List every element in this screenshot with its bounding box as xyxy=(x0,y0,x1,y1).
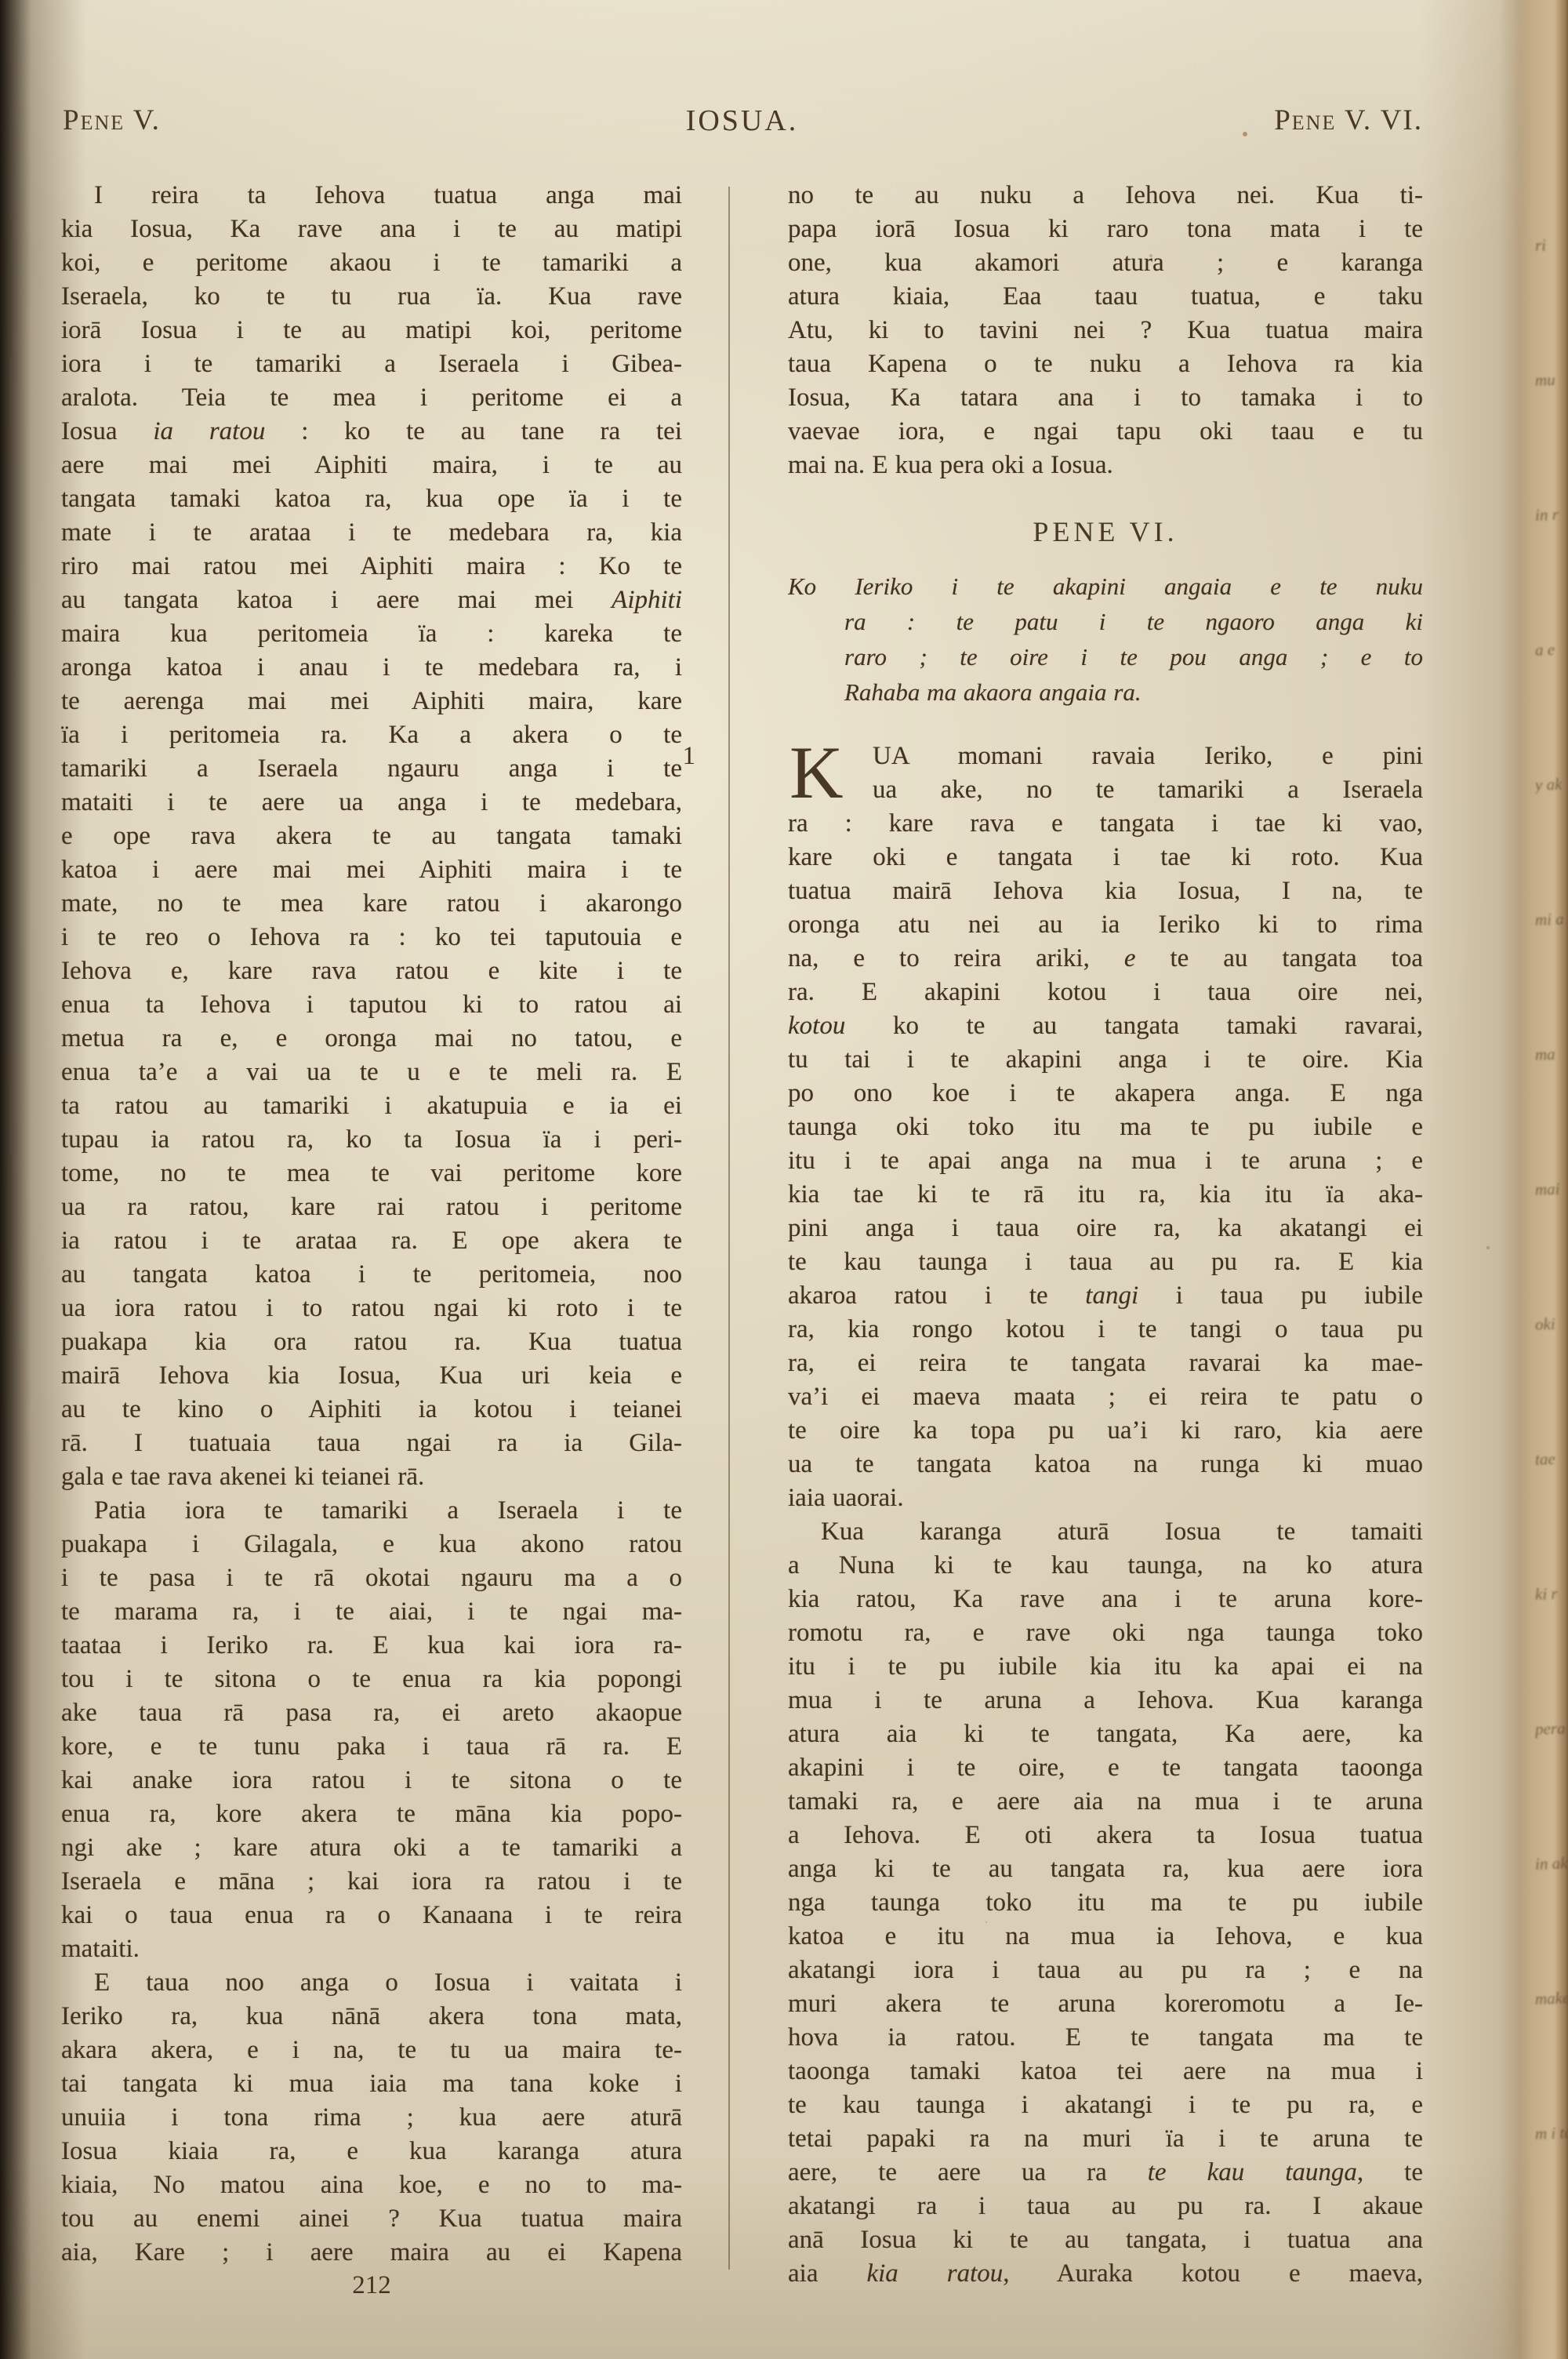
verse-text: maira kua peritomeia ïa : kareka te xyxy=(61,617,682,651)
verse-text: kiaia, No matou aina koe, e no to ma- xyxy=(61,2168,682,2202)
verse-text: Rahaba ma akaora angaia ra. xyxy=(788,674,1423,710)
verse-text: mataiti i te aere ua anga i te medebara, xyxy=(61,786,682,820)
verse-text: va’i ei maeva maata ; ei reira te patu o xyxy=(788,1380,1423,1414)
text-line: iorā Iosua i te au matipi koi, peritome xyxy=(61,314,682,347)
verse-text: papa iorā Iosua ki raro tona mata i te xyxy=(788,213,1423,246)
text-line: tetai papaki ra na muri ïa i te aruna te xyxy=(788,2122,1423,2156)
text-line: 12kore, e te tunu paka i taua rā ra. E xyxy=(61,1730,682,1764)
text-line: anā Iosua ki te au tangata, i tuatua ana xyxy=(788,2223,1423,2257)
text-line: 5riro mai ratou mei Aiphiti maira : Ko t… xyxy=(61,550,682,583)
verse-text: te kau taunga i taua au pu ra. E kia xyxy=(788,1245,1423,1279)
text-line: Iseraela e māna ; kai iora ra ratou i te xyxy=(61,1865,682,1899)
verse-text: nga taunga toko itu ma te pu iubile xyxy=(788,1886,1423,1920)
chapter-summary: Ko Ieriko i te akapini angaia e te nukur… xyxy=(788,569,1423,710)
text-line: ra : kare rava e tangata i tae ki vao, xyxy=(788,807,1423,841)
text-line: te marama ra, i te aiai, i te ngai ma- xyxy=(61,1595,682,1629)
verse-text: aronga katoa i anau i te medebara ra, i xyxy=(61,651,682,685)
text-line: UA momani ravaia Ieriko, e pini xyxy=(873,740,1423,773)
verse-text: anā Iosua ki te au tangata, i tuatua ana xyxy=(788,2223,1423,2257)
verse-text: ta ratou au tamariki i akatupuia e ia ei xyxy=(61,1089,682,1123)
text-line: 9puakapa kia ora ratou ra. Kua tuatua xyxy=(61,1325,682,1359)
text-line: kai o taua enua ra o Kanaana i te reira xyxy=(61,1899,682,1932)
text-line: oronga atu nei au ia Ieriko ki to rima xyxy=(788,908,1423,942)
verse-text: romotu ra, e rave oki nga taunga toko xyxy=(788,1616,1423,1650)
text-line: aia kia ratou, Auraka kotou e maeva, xyxy=(788,2257,1423,2291)
text-line: aia, Kare ; i aere maira au ei Kapena xyxy=(61,2236,682,2270)
verse-text: tai tangata ki mua iaia ma tana koke i xyxy=(61,2067,682,2101)
verse-text: Ieriko ra, kua nānā akera tona mata, xyxy=(61,2000,682,2034)
text-line: 7mua i te aruna a Iehova. Kua karanga xyxy=(788,1684,1423,1717)
verse-text: vaevae iora, e ngai tapu oki taau e tu xyxy=(788,415,1423,449)
text-line: raro ; te oire i te pou anga ; e to xyxy=(788,639,1423,674)
verse-text: taua Kapena o te nuku a Iehova ra kia xyxy=(788,347,1423,381)
verse-text: one, kua akamori atura ; e karanga xyxy=(788,246,1423,280)
verse-text: aia kia ratou, Auraka kotou e maeva, xyxy=(788,2257,1423,2291)
verse-text: e ope rava akera te au tangata tamaki xyxy=(61,820,682,853)
verse-text: metua ra e, e oronga mai no tatou, e xyxy=(61,1022,682,1056)
verse-1-dropcap-block: 1 K UA momani ravaia Ieriko, e piniua ak… xyxy=(788,740,1423,807)
text-line: 2I reira ta Iehova tuatua anga mai xyxy=(61,179,682,213)
verse-text: anga ki te au tangata ra, kua aere iora xyxy=(788,1852,1423,1886)
text-line: tangata tamaki katoa ra, kua ope ïa i te xyxy=(61,482,682,516)
verse-text: akaroa ratou i te tangi i taua pu iubile xyxy=(788,1279,1423,1313)
text-line: 6Kua karanga aturā Iosua te tamaiti xyxy=(788,1515,1423,1549)
verse-text: te kau taunga i akatangi i te pu ra, e xyxy=(788,2088,1423,2122)
verse-text: Iseraela, ko te tu rua ïa. Kua rave xyxy=(61,280,682,314)
verse-1-lines: UA momani ravaia Ieriko, e piniua ake, n… xyxy=(873,740,1423,807)
verse-text: ua te tangata katoa na runga ki muao xyxy=(788,1448,1423,1481)
verse-text: Iosua, Ka tatara ana i to tamaka i to xyxy=(788,381,1423,415)
verse-text: kia tae ki te rā itu ra, kia itu ïa aka- xyxy=(788,1178,1423,1212)
verse-text: tamariki a Iseraela ngauru anga i te xyxy=(61,752,682,786)
text-line: ra : te patu i te ngaoro anga ki xyxy=(788,604,1423,639)
verse-text: tuatua mairā Iehova kia Iosua, I na, te xyxy=(788,874,1423,908)
text-line: iaia uaorai. xyxy=(788,1481,1423,1515)
text-line: ua te tangata katoa na runga ki muao xyxy=(788,1448,1423,1481)
verse-text: kare oki e tangata i tae ki roto. Kua xyxy=(788,841,1423,874)
verse-text: kai anake iora ratou i te sitona o te xyxy=(61,1764,682,1797)
text-line: aronga katoa i anau i te medebara ra, i xyxy=(61,651,682,685)
verse-text: atura aia ki te tangata, Ka aere, ka xyxy=(788,1717,1423,1751)
verse-text: au te kino o Aiphiti ia kotou i teianei xyxy=(61,1393,682,1427)
verse-text: atura kiaia, Eaa taau tuatua, e taku xyxy=(788,280,1423,314)
verse-text: ua iora ratou i to ratou ngai ki roto i … xyxy=(61,1292,682,1325)
right-column-body-verses: ra : kare rava e tangata i tae ki vao,2k… xyxy=(788,807,1423,2291)
text-line: pini anga i taua oire ra, ka akatangi ei xyxy=(788,1212,1423,1245)
verse-text: akapini i te oire, e te tangata taoonga xyxy=(788,1751,1423,1785)
text-line: ua iora ratou i to ratou ngai ki roto i … xyxy=(61,1292,682,1325)
verse-text: tangata tamaki katoa ra, kua ope ïa i te xyxy=(61,482,682,516)
text-line: nga taunga toko itu ma te pu iubile xyxy=(788,1886,1423,1920)
text-line: ua ake, no te tamariki a Iseraela xyxy=(873,773,1423,807)
edge-text-fragment: a e xyxy=(1535,639,1568,660)
verse-text: enua ra, kore akera te māna kia popo- xyxy=(61,1797,682,1831)
verse-text: tome, no te mea te vai peritome kore xyxy=(61,1157,682,1190)
verse-text: Iseraela e māna ; kai iora ra ratou i te xyxy=(61,1865,682,1899)
verse-text: Iosua kiaia ra, e kua karanga atura xyxy=(61,2135,682,2168)
text-line: tamariki a Iseraela ngauru anga i te xyxy=(61,752,682,786)
text-line: au tangata katoa i te peritomeia, noo xyxy=(61,1258,682,1292)
text-line: unuiia i tona rima ; kua aere aturā xyxy=(61,2101,682,2135)
text-line: 4aralota. Teia te mea i peritome ei a xyxy=(61,381,682,415)
edge-text-fragment: ma xyxy=(1535,1044,1568,1065)
verse-text: mate, no te mea kare ratou i akarongo xyxy=(61,887,682,921)
verse-text: E taua noo anga o Iosua i vaitata i xyxy=(61,1966,682,2000)
text-line: e ope rava akera te au tangata tamaki xyxy=(61,820,682,853)
verse-text: puakapa kia ora ratou ra. Kua tuatua xyxy=(61,1325,682,1359)
text-line: 6ïa i peritomeia ra. Ka a akera o te xyxy=(61,718,682,752)
text-line: atura aia ki te tangata, Ka aere, ka xyxy=(788,1717,1423,1751)
text-line: atura kiaia, Eaa taau tuatua, e taku xyxy=(788,280,1423,314)
text-line: 3ra. E akapini kotou i taua oire nei, xyxy=(788,976,1423,1009)
text-line: i te pasa i te rā okotai ngauru ma a o xyxy=(61,1561,682,1595)
edge-text-fragment: make ra xyxy=(1535,1988,1568,2009)
text-line: au tangata katoa i aere mai mei Aiphiti xyxy=(61,583,682,617)
text-line: tome, no te mea te vai peritome kore xyxy=(61,1157,682,1190)
verse-text: UA momani ravaia Ieriko, e pini xyxy=(873,740,1423,773)
text-line: kia Iosua, Ka rave ana i te au matipi xyxy=(61,213,682,246)
text-line: no te au nuku a Iehova nei. Kua ti- xyxy=(788,179,1423,213)
text-line: i te reo o Iehova ra : ko tei taputouia … xyxy=(61,921,682,954)
verse-text: na, e to reira ariki, e te au tangata to… xyxy=(788,942,1423,976)
verse-text: rā. I tuatuaia taua ngai ra ia Gila- xyxy=(61,1427,682,1460)
text-line: ua ra ratou, kare rai ratou i peritome xyxy=(61,1190,682,1224)
verse-text: tou i te sitona o te enua ra kia popongi xyxy=(61,1663,682,1696)
verse-text: Patia iora te tamariki a Iseraela i te xyxy=(61,1494,682,1528)
text-line: aere mai mei Aiphiti maira, i te au xyxy=(61,449,682,482)
text-line: katoa e itu na mua ia Iehova, e kua xyxy=(788,1920,1423,1954)
text-line: 13E taua noo anga o Iosua i vaitata i xyxy=(61,1966,682,2000)
text-line: enua ra, kore akera te māna kia popo- xyxy=(61,1797,682,1831)
text-line: 4po ono koe i te akapera anga. E nga xyxy=(788,1077,1423,1110)
text-line: taua Kapena o te nuku a Iehova ra kia xyxy=(788,347,1423,381)
verse-text: ia ratou i te arataa ra. E ope akera te xyxy=(61,1224,682,1258)
verse-text: te oire ka topa pu ua’i ki raro, kia aer… xyxy=(788,1414,1423,1448)
text-line: romotu ra, e rave oki nga taunga toko xyxy=(788,1616,1423,1650)
verse-text: te aerenga mai mei Aiphiti maira, kare xyxy=(61,685,682,718)
text-line: kotou ko te au tangata tamaki ravarai, xyxy=(788,1009,1423,1043)
edge-text-fragment: oki xyxy=(1535,1314,1568,1335)
verse-text: no te au nuku a Iehova nei. Kua ti- xyxy=(788,179,1423,213)
edge-text-fragment: in ak xyxy=(1535,1853,1568,1874)
verse-text: aia, Kare ; i aere maira au ei Kapena xyxy=(61,2236,682,2270)
text-line: tu tai i te akapini anga i te oire. Kia xyxy=(788,1043,1423,1077)
text-line: 10Patia iora te tamariki a Iseraela i te xyxy=(61,1494,682,1528)
text-line: maira kua peritomeia ïa : kareka te xyxy=(61,617,682,651)
text-line: anga ki te au tangata ra, kua aere iora xyxy=(788,1852,1423,1886)
text-line: akapini i te oire, e te tangata taoonga xyxy=(788,1751,1423,1785)
edge-text-fragment: y ak xyxy=(1535,774,1568,795)
verse-text: taataa i Ieriko ra. E kua kai iora ra- xyxy=(61,1629,682,1663)
text-line: mai na. E kua pera oki a Iosua. xyxy=(788,449,1423,482)
text-line: mataiti i te aere ua anga i te medebara, xyxy=(61,786,682,820)
verse-text: a Nuna ki te kau taunga, na ko atura xyxy=(788,1549,1423,1583)
text-line: 10akatangi ra i taua au pu ra. I akaue xyxy=(788,2190,1423,2223)
text-line: 9hova ia ratou. E te tangata ma te xyxy=(788,2021,1423,2055)
verse-text: raro ; te oire i te pou anga ; e to xyxy=(788,639,1423,674)
verse-text: katoa e itu na mua ia Iehova, e kua xyxy=(788,1920,1423,1954)
text-line: tai tangata ki mua iaia ma tana koke i xyxy=(61,2067,682,2101)
text-line: taunga oki toko itu ma te pu iubile e xyxy=(788,1110,1423,1144)
verse-text: koi, e peritome akaou i te tamariki a xyxy=(61,246,682,280)
page-number: 212 xyxy=(61,2271,682,2300)
verse-text: Kua karanga aturā Iosua te tamaiti xyxy=(788,1515,1423,1549)
text-line: vaevae iora, e ngai tapu oki taau e tu xyxy=(788,415,1423,449)
text-line: mairā Iehova kia Iosua, Kua uri keia e xyxy=(61,1359,682,1393)
text-line: muri akera te aruna koreromotu a Ie- xyxy=(788,1987,1423,2021)
text-line: ra, kia rongo kotou i te tangi o taua pu xyxy=(788,1313,1423,1347)
verse-text: puakapa i Gilagala, e kua akono ratou xyxy=(61,1528,682,1561)
text-line: Iosua ia ratou : ko te au tane ra tei xyxy=(61,415,682,449)
verse-text: Iosua ia ratou : ko te au tane ra tei xyxy=(61,415,682,449)
verse-text: tamaki ra, e aere aia na mua i te aruna xyxy=(788,1785,1423,1819)
edge-text-fragment: in r xyxy=(1535,504,1568,525)
verse-text: ake taua rā pasa ra, ei areto akaopue xyxy=(61,1696,682,1730)
text-line: 3Iseraela, ko te tu rua ïa. Kua rave xyxy=(61,280,682,314)
verse-text: hova ia ratou. E te tangata ma te xyxy=(788,2021,1423,2055)
verse-text: ra, ei reira te tangata ravarai ka mae- xyxy=(788,1347,1423,1380)
text-line: mataiti. xyxy=(61,1932,682,1966)
running-header-right: Pene V. VI. xyxy=(1109,104,1423,137)
verse-text: aere mai mei Aiphiti maira, i te au xyxy=(61,449,682,482)
text-line: mate i te arataa i te medebara ra, kia xyxy=(61,516,682,550)
text-line: akara akera, e i na, te tu ua maira te- xyxy=(61,2034,682,2067)
verse-text: akara akera, e i na, te tu ua maira te- xyxy=(61,2034,682,2067)
verse-text: kore, e te tunu paka i taua rā ra. E xyxy=(61,1730,682,1764)
verse-text: muri akera te aruna koreromotu a Ie- xyxy=(788,1987,1423,2021)
edge-text-fragment: mai xyxy=(1535,1179,1568,1200)
text-line: Ieriko ra, kua nānā akera tona mata, xyxy=(61,2000,682,2034)
verse-text: ra : kare rava e tangata i tae ki vao, xyxy=(788,807,1423,841)
text-line: enua ta Iehova i taputou ki to ratou ai xyxy=(61,988,682,1022)
text-line: tamaki ra, e aere aia na mua i te aruna xyxy=(788,1785,1423,1819)
text-line: akatangi iora i taua au pu ra ; e na xyxy=(788,1954,1423,1987)
text-line: tupau ia ratou ra, ko ta Iosua ïa i peri… xyxy=(61,1123,682,1157)
verse-text: kai o taua enua ra o Kanaana i te reira xyxy=(61,1899,682,1932)
text-line: au te kino o Aiphiti ia kotou i teianei xyxy=(61,1393,682,1427)
text-line: Iosua, Ka tatara ana i to tamaka i to xyxy=(788,381,1423,415)
edge-text-fragment: mu xyxy=(1535,369,1568,391)
verse-text: Ko Ieriko i te akapini angaia e te nuku xyxy=(788,569,1423,604)
verse-text: iora i te tamariki a Iseraela i Gibea- xyxy=(61,347,682,381)
text-line: kai anake iora ratou i te sitona o te xyxy=(61,1764,682,1797)
verse-text: mairā Iehova kia Iosua, Kua uri keia e xyxy=(61,1359,682,1393)
verse-text: iaia uaorai. xyxy=(788,1481,1423,1515)
text-line: tou i te sitona o te enua ra kia popongi xyxy=(61,1663,682,1696)
verse-text: gala e tae rava akenei ki teianei rā. xyxy=(61,1460,682,1494)
verse-text: Iehova e, kare rava ratou e kite i te xyxy=(61,954,682,988)
text-line: Ko Ieriko i te akapini angaia e te nuku xyxy=(788,569,1423,604)
text-line: aere, te aere ua ra te kau taunga, te xyxy=(788,2156,1423,2190)
drop-cap: K xyxy=(789,738,844,807)
edge-text-fragment: mi a xyxy=(1535,909,1568,930)
text-line: ngi ake ; kare atura oki a te tamariki a xyxy=(61,1831,682,1865)
text-line: kiaia, No matou aina koe, e no to ma- xyxy=(61,2168,682,2202)
book-fore-edge: rimuin ra ey akmi amamaiokitaeki rpera o… xyxy=(1499,0,1568,2359)
verse-text: oronga atu nei au ia Ieriko ki to rima xyxy=(788,908,1423,942)
verse-text: aralota. Teia te mea i peritome ei a xyxy=(61,381,682,415)
verse-text: kia ratou, Ka rave ana i te aruna kore- xyxy=(788,1583,1423,1616)
verse-text: ïa i peritomeia ra. Ka a akera o te xyxy=(61,718,682,752)
verse-text: riro mai ratou mei Aiphiti maira : Ko te xyxy=(61,550,682,583)
column-divider-rule xyxy=(728,187,730,2270)
verse-text: tou au enemi ainei ? Kua tuatua maira xyxy=(61,2202,682,2236)
verse-text: mua i te aruna a Iehova. Kua karanga xyxy=(788,1684,1423,1717)
text-line: akaroa ratou i te tangi i taua pu iubile xyxy=(788,1279,1423,1313)
verse-text: te marama ra, i te aiai, i te ngai ma- xyxy=(61,1595,682,1629)
edge-text-fragment: tae xyxy=(1535,1448,1568,1470)
text-line: tuatua mairā Iehova kia Iosua, I na, te xyxy=(788,874,1423,908)
verse-text: enua ta Iehova i taputou ki to ratou ai xyxy=(61,988,682,1022)
text-line: rā. I tuatuaia taua ngai ra ia Gila- xyxy=(61,1427,682,1460)
text-line: 14tou au enemi ainei ? Kua tuatua maira xyxy=(61,2202,682,2236)
text-line: metua ra e, e oronga mai no tatou, e xyxy=(61,1022,682,1056)
text-line: kia ratou, Ka rave ana i te aruna kore- xyxy=(788,1583,1423,1616)
text-line: puakapa i Gilagala, e kua akono ratou xyxy=(61,1528,682,1561)
text-line: 15Atu, ki to tavini nei ? Kua tuatua mai… xyxy=(788,314,1423,347)
verse-number: 1 xyxy=(655,740,695,773)
text-line: taoonga tamaki katoa tei aere na mua i xyxy=(788,2055,1423,2088)
text-line: Rahaba ma akaora angaia ra. xyxy=(788,674,1423,710)
edge-text-fragment: m i tan xyxy=(1535,2123,1568,2144)
text-line: one, kua akamori atura ; e karanga xyxy=(788,246,1423,280)
text-line: te aerenga mai mei Aiphiti maira, kare xyxy=(61,685,682,718)
text-line: Iosua kiaia ra, e kua karanga atura xyxy=(61,2135,682,2168)
text-line: gala e tae rava akenei ki teianei rā. xyxy=(61,1460,682,1494)
verse-text: akatangi ra i taua au pu ra. I akaue xyxy=(788,2190,1423,2223)
verse-text: katoa i aere mai mei Aiphiti maira i te xyxy=(61,853,682,887)
text-line: ake taua rā pasa ra, ei areto akaopue xyxy=(61,1696,682,1730)
verse-text: kotou ko te au tangata tamaki ravarai, xyxy=(788,1009,1423,1043)
text-line: mate, no te mea kare ratou i akarongo xyxy=(61,887,682,921)
text-line: 8a Iehova. E oti akera ta Iosua tuatua xyxy=(788,1819,1423,1852)
verse-text: itu i te apai anga na mua i te aruna ; e xyxy=(788,1144,1423,1178)
text-line: papa iorā Iosua ki raro tona mata i te xyxy=(788,213,1423,246)
text-line: katoa i aere mai mei Aiphiti maira i te xyxy=(61,853,682,887)
edge-text-fragment: ki r xyxy=(1535,1583,1568,1605)
edge-text-fragment: ri xyxy=(1535,234,1568,256)
verse-text: tetai papaki ra na muri ïa i te aruna te xyxy=(788,2122,1423,2156)
verse-text: kia Iosua, Ka rave ana i te au matipi xyxy=(61,213,682,246)
verse-text: mataiti. xyxy=(61,1932,682,1966)
edge-text-fragment: pera o xyxy=(1535,1718,1568,1739)
verse-text: tu tai i te akapini anga i te oire. Kia xyxy=(788,1043,1423,1077)
text-line: a Nuna ki te kau taunga, na ko atura xyxy=(788,1549,1423,1583)
text-line: 5te kau taunga i taua au pu ra. E kia xyxy=(788,1245,1423,1279)
right-column-top-verses: no te au nuku a Iehova nei. Kua ti-papa … xyxy=(788,179,1423,482)
verse-text: po ono koe i te akapera anga. E nga xyxy=(788,1077,1423,1110)
text-line: 8ia ratou i te arataa ra. E ope akera te xyxy=(61,1224,682,1258)
verse-text: aere, te aere ua ra te kau taunga, te xyxy=(788,2156,1423,2190)
text-line: na, e to reira ariki, e te au tangata to… xyxy=(788,942,1423,976)
text-line: ta ratou au tamariki i akatupuia e ia ei xyxy=(61,1089,682,1123)
verse-text: I reira ta Iehova tuatua anga mai xyxy=(61,179,682,213)
right-text-column: no te au nuku a Iehova nei. Kua ti-papa … xyxy=(788,179,1423,2291)
verse-text: itu i te pu iubile kia itu ka apai ei na xyxy=(788,1650,1423,1684)
text-line: 7enua ta’e a vai ua te u e te meli ra. E xyxy=(61,1056,682,1089)
verse-text: Atu, ki to tavini nei ? Kua tuatua maira xyxy=(788,314,1423,347)
verse-text: iorā Iosua i te au matipi koi, peritome xyxy=(61,314,682,347)
text-line: ra, ei reira te tangata ravarai ka mae- xyxy=(788,1347,1423,1380)
text-line: Iehova e, kare rava ratou e kite i te xyxy=(61,954,682,988)
verse-text: i te reo o Iehova ra : ko tei taputouia … xyxy=(61,921,682,954)
verse-text: a Iehova. E oti akera ta Iosua tuatua xyxy=(788,1819,1423,1852)
text-line: iora i te tamariki a Iseraela i Gibea- xyxy=(61,347,682,381)
text-line: itu i te apai anga na mua i te aruna ; e xyxy=(788,1144,1423,1178)
verse-text: pini anga i taua oire ra, ka akatangi ei xyxy=(788,1212,1423,1245)
verse-text: au tangata katoa i aere mai mei Aiphiti xyxy=(61,583,682,617)
verse-text: mate i te arataa i te medebara ra, kia xyxy=(61,516,682,550)
text-line: koi, e peritome akaou i te tamariki a xyxy=(61,246,682,280)
verse-text: taoonga tamaki katoa tei aere na mua i xyxy=(788,2055,1423,2088)
text-line: te kau taunga i akatangi i te pu ra, e xyxy=(788,2088,1423,2122)
text-line: itu i te pu iubile kia itu ka apai ei na xyxy=(788,1650,1423,1684)
verse-text: akatangi iora i taua au pu ra ; e na xyxy=(788,1954,1423,1987)
verse-text: ua ra ratou, kare rai ratou i peritome xyxy=(61,1190,682,1224)
verse-text: ra : te patu i te ngaoro anga ki xyxy=(788,604,1423,639)
text-line: va’i ei maeva maata ; ei reira te patu o xyxy=(788,1380,1423,1414)
text-line: 11taataa i Ieriko ra. E kua kai iora ra- xyxy=(61,1629,682,1663)
verse-text: au tangata katoa i te peritomeia, noo xyxy=(61,1258,682,1292)
verse-text: taunga oki toko itu ma te pu iubile e xyxy=(788,1110,1423,1144)
left-text-column: 2I reira ta Iehova tuatua anga maikia Io… xyxy=(61,179,682,2270)
verse-text: ua ake, no te tamariki a Iseraela xyxy=(873,773,1423,807)
verse-text: ngi ake ; kare atura oki a te tamariki a xyxy=(61,1831,682,1865)
verse-text: ra. E akapini kotou i taua oire nei, xyxy=(788,976,1423,1009)
text-line: 2kare oki e tangata i tae ki roto. Kua xyxy=(788,841,1423,874)
text-line: kia tae ki te rā itu ra, kia itu ïa aka- xyxy=(788,1178,1423,1212)
verse-text: ra, kia rongo kotou i te tangi o taua pu xyxy=(788,1313,1423,1347)
chapter-heading: PENE VI. xyxy=(788,507,1423,556)
text-line: te oire ka topa pu ua’i ki raro, kia aer… xyxy=(788,1414,1423,1448)
verse-text: mai na. E kua pera oki a Iosua. xyxy=(788,449,1423,482)
verse-text: unuiia i tona rima ; kua aere aturā xyxy=(61,2101,682,2135)
verse-text: tupau ia ratou ra, ko ta Iosua ïa i peri… xyxy=(61,1123,682,1157)
verse-text: i te pasa i te rā okotai ngauru ma a o xyxy=(61,1561,682,1595)
verse-text: enua ta’e a vai ua te u e te meli ra. E xyxy=(61,1056,682,1089)
